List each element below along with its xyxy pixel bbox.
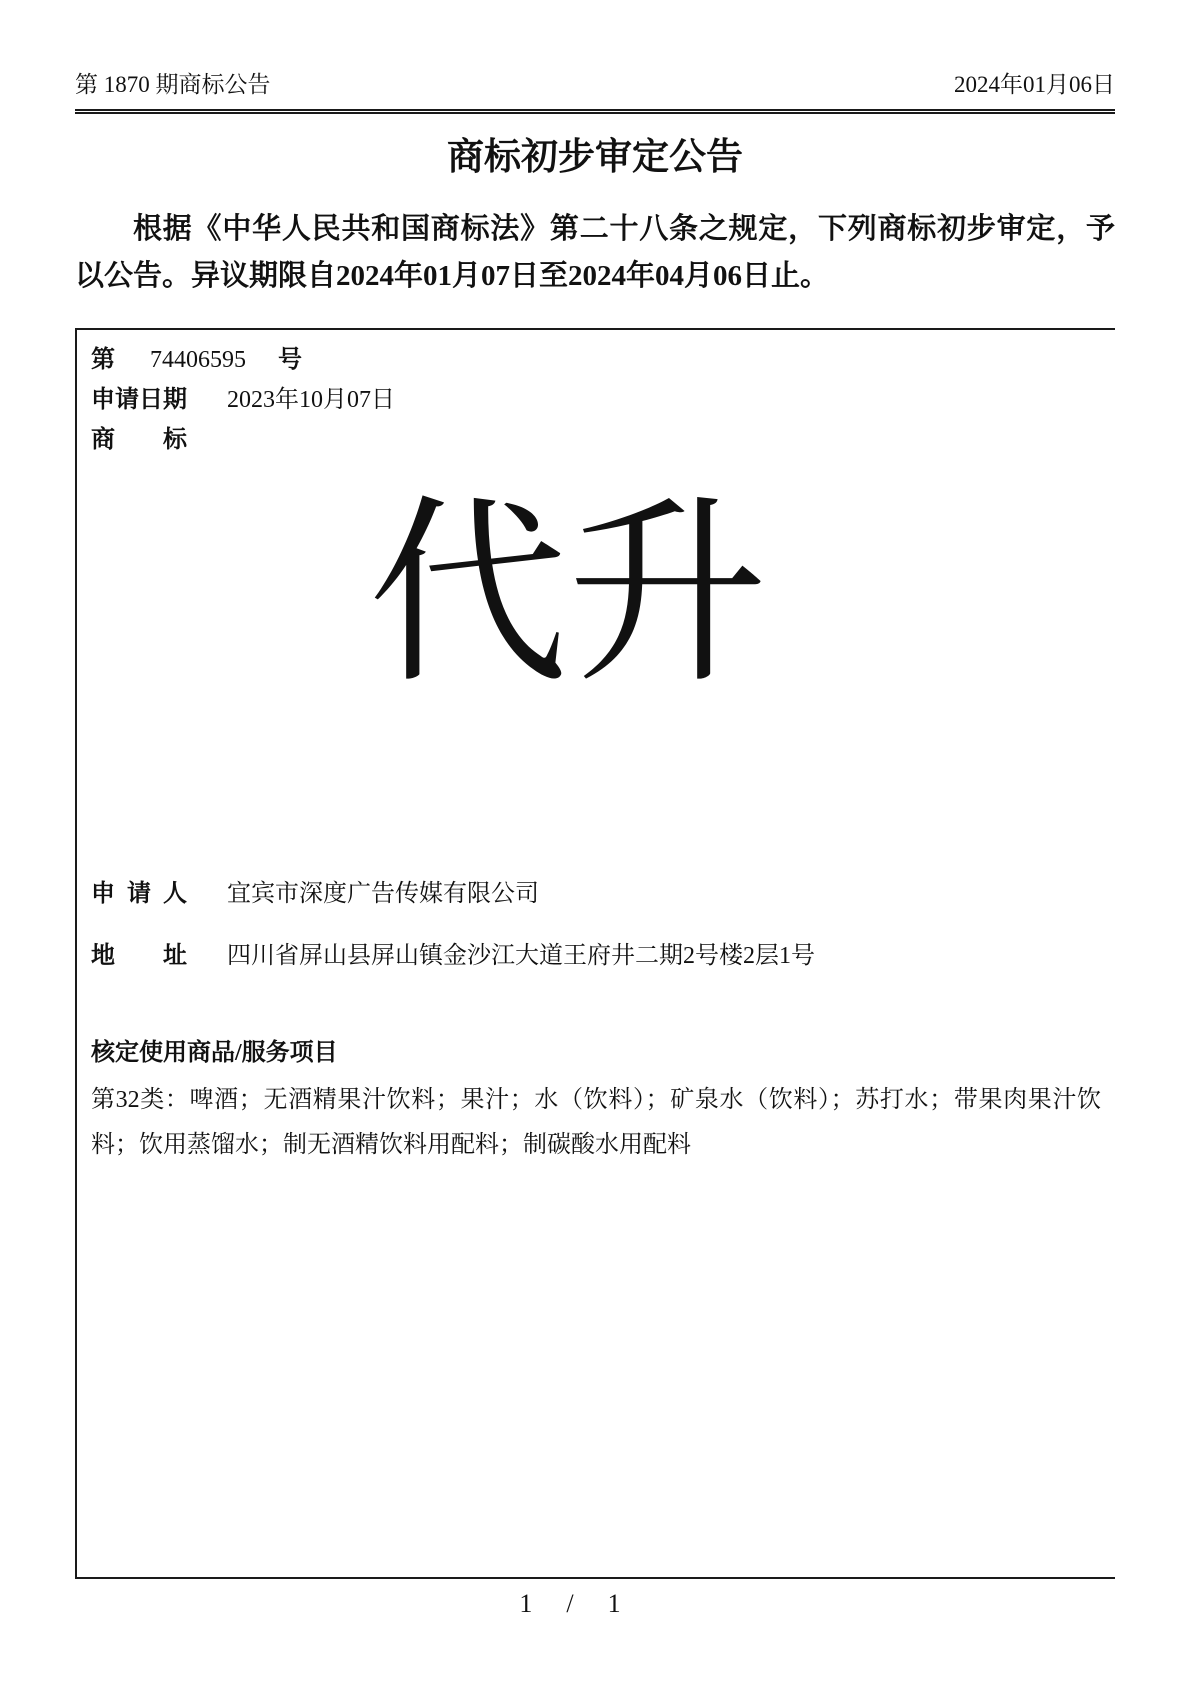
current-page-number: 1: [519, 1589, 532, 1619]
page-number-indicator: 1 / 1: [50, 1589, 1090, 1619]
page-header: 第 1870 期商标公告 2024年01月06日: [75, 0, 1115, 98]
application-date-row: 申请日期 2023年10月07日: [91, 380, 1115, 420]
registration-number-suffix: 号: [278, 340, 302, 380]
applicant-row: 申请人 宜宾市深度广告传媒有限公司: [91, 874, 1115, 914]
gazette-page: 第 1870 期商标公告 2024年01月06日 商标初步审定公告 根据《中华人…: [0, 0, 1190, 1619]
registration-number-prefix: 第: [91, 340, 115, 380]
trademark-image-area: 代升: [56, 478, 1080, 716]
applicant-label: 申请人: [91, 874, 187, 914]
page-title: 商标初步审定公告: [75, 134, 1115, 182]
header-divider: [75, 109, 1115, 114]
address-value: 四川省屏山县屏山镇金沙江大道王府井二期2号楼2层1号: [227, 936, 815, 976]
trademark-record: 第 74406595 号 申请日期 2023年10月07日 商标 代升 申请人 …: [75, 328, 1115, 1577]
registration-number-row: 第 74406595 号: [91, 340, 1115, 380]
trademark-image: 代升: [368, 497, 768, 697]
goods-services-heading: 核定使用商品/服务项目: [91, 1036, 1115, 1070]
application-date-label: 申请日期: [91, 380, 187, 420]
gazette-date: 2024年01月06日: [954, 72, 1115, 98]
application-date-value: 2023年10月07日: [227, 380, 395, 420]
gazette-issue-label: 第 1870 期商标公告: [75, 72, 271, 98]
page-number-separator: /: [566, 1589, 573, 1619]
footer-divider: [75, 1577, 1115, 1579]
address-row: 地址 四川省屏山县屏山镇金沙江大道王府井二期2号楼2层1号: [91, 936, 1115, 976]
goods-services-list: 第32类：啤酒；无酒精果汁饮料；果汁；水（饮料）；矿泉水（饮料）；苏打水；带果肉…: [91, 1078, 1101, 1168]
trademark-label-row: 商标: [91, 420, 1115, 460]
applicant-name: 宜宾市深度广告传媒有限公司: [227, 874, 539, 914]
total-page-count: 1: [608, 1589, 621, 1619]
intro-paragraph: 根据《中华人民共和国商标法》第二十八条之规定，下列商标初步审定，予以公告。异议期…: [75, 206, 1115, 300]
trademark-label: 商标: [91, 420, 187, 460]
address-label: 地址: [91, 936, 187, 976]
registration-number: 74406595: [150, 340, 246, 380]
